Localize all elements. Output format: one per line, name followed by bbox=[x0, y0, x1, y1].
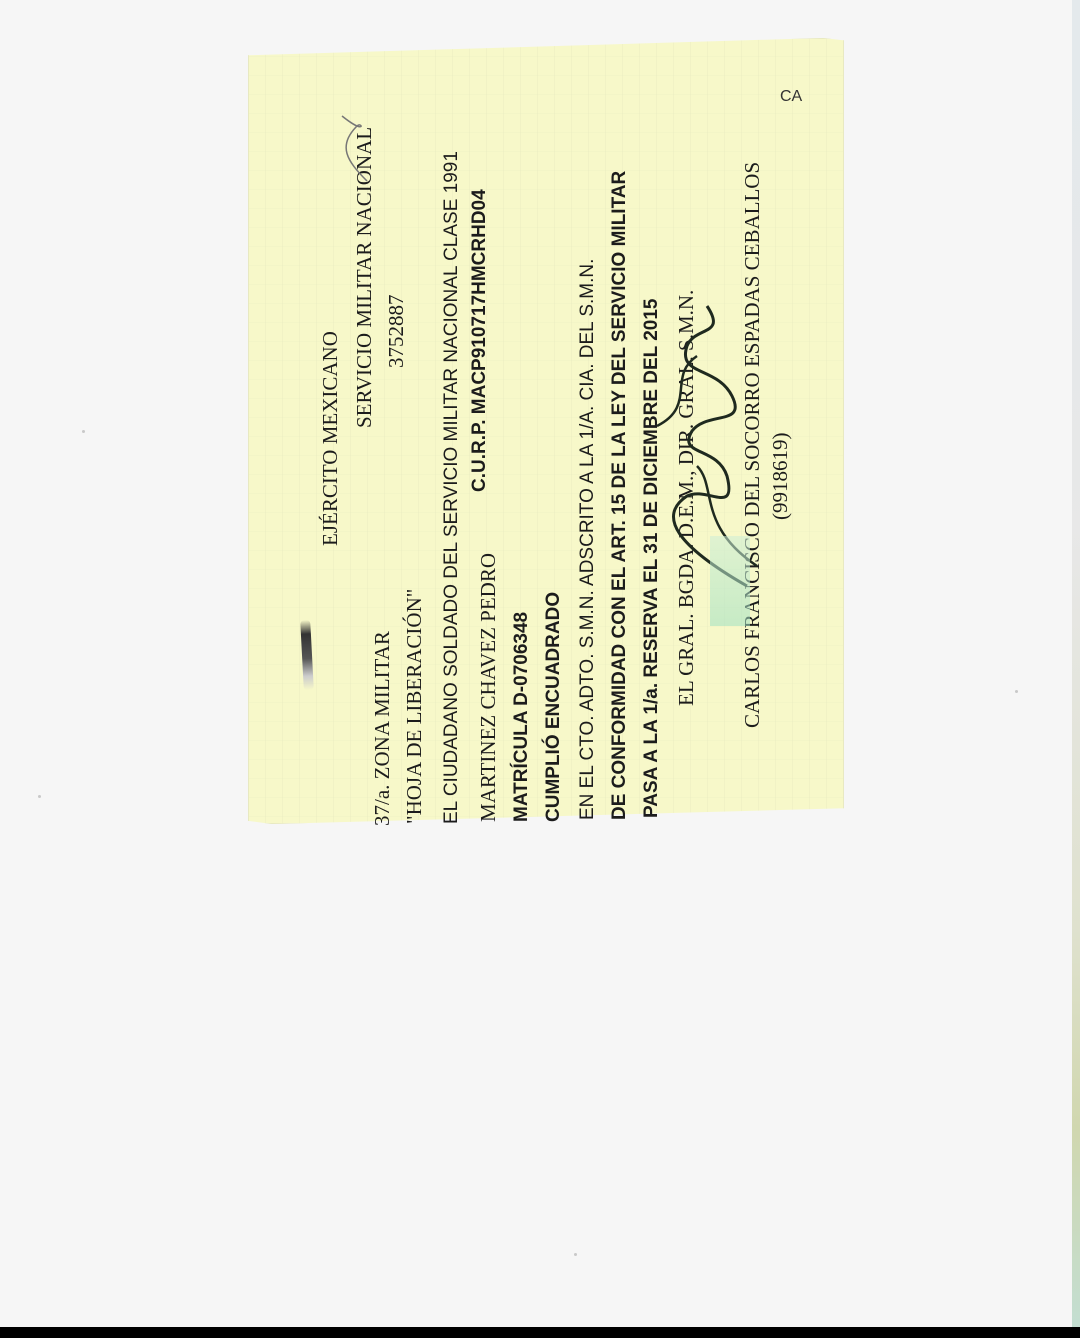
assignment: EN EL CTO. ADTO. S.M.N. ADSCRITO A LA 1/… bbox=[578, 259, 597, 820]
card-text: EJÉRCITO MEXICANO SERVICIO MILITAR NACIO… bbox=[232, 36, 792, 826]
stamp-icon bbox=[710, 536, 750, 626]
scan-edge bbox=[1072, 0, 1080, 1327]
bottom-bar bbox=[0, 1327, 1080, 1338]
scan-speck bbox=[82, 430, 85, 433]
edge-text-fragment: CA bbox=[780, 88, 802, 106]
matricula: MATRÍCULA D-0706348 bbox=[512, 612, 531, 822]
document-title: "HOJA DE LIBERACIÓN" bbox=[404, 589, 425, 824]
status: CUMPLIÓ ENCUADRADO bbox=[544, 592, 563, 822]
citizen-name: MARTINEZ CHAVEZ PEDRO bbox=[478, 553, 499, 822]
scan-speck bbox=[38, 795, 41, 798]
scan-speck bbox=[1015, 690, 1018, 693]
curp: C.U.R.P. MACP910717HMCRHD04 bbox=[470, 189, 489, 492]
card-number: 3752887 bbox=[386, 295, 407, 369]
scan-speck bbox=[574, 1253, 577, 1256]
military-zone: 37/a. ZONA MILITAR bbox=[372, 631, 393, 826]
citizen-line: EL CIUDADANO SOLDADO DEL SERVICIO MILITA… bbox=[442, 151, 461, 824]
institution: EJÉRCITO MEXICANO bbox=[320, 331, 341, 546]
initial-mark-icon bbox=[327, 106, 377, 186]
signatory-id: (9918619) bbox=[770, 433, 791, 521]
conformity: DE CONFORMIDAD CON EL ART. 15 DE LA LEY … bbox=[610, 171, 629, 820]
